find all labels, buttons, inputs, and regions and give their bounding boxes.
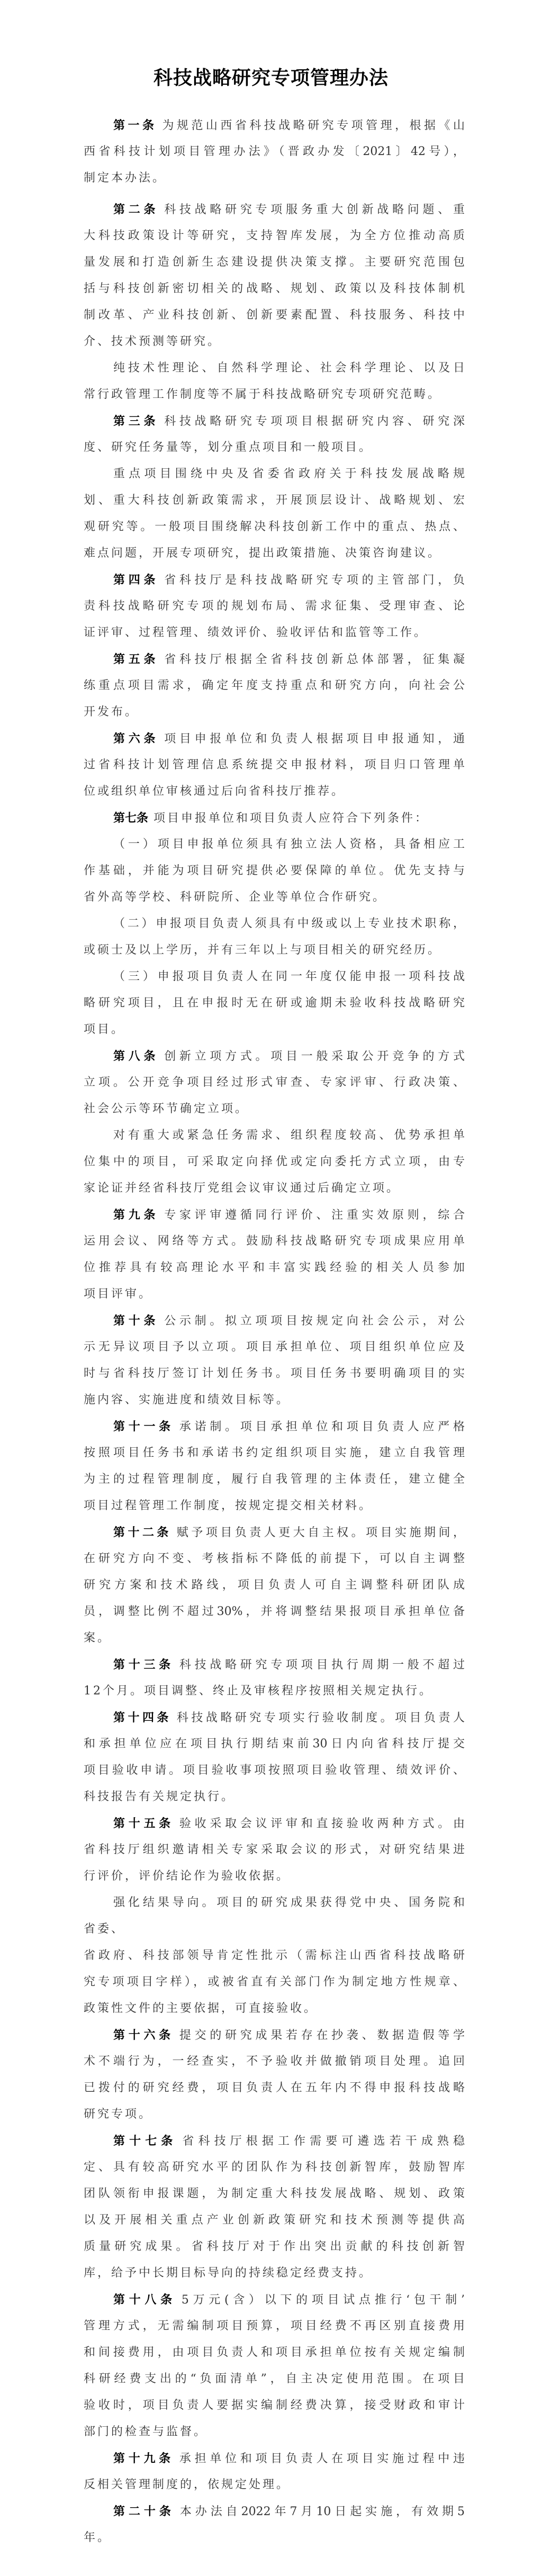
text-line: 练重点项目需求，确定年度支持重点和研究方向，向社会公: [84, 673, 465, 699]
text-line: 第十四条科技战略研究专项实行验收制度。项目负责人: [84, 1704, 465, 1731]
line-text: 项目申报单位和负责人根据项目申报通知，通: [164, 732, 465, 746]
line-text: 省科技厅组织邀请相关专家采取会议的形式，对研究结果进: [84, 1843, 465, 1856]
text-line: 运用会议、网络等方式。鼓励科技战略研究专项成果应用单: [84, 1228, 465, 1255]
line-text: 承担单位和项目负责人在项目实施过程中违: [179, 2452, 465, 2465]
line-text: 作基础，并能为项目研究提供必要保障的单位。优先支持与: [84, 864, 465, 877]
text-line: （一）项目申报单位须具有独立法人资格，具备相应工: [84, 831, 465, 858]
line-text: 科技报告有关规定执行。: [84, 1790, 235, 1803]
line-text: （二）申报项目负责人须具有中级或以上专业技术职称，: [113, 917, 465, 930]
text-line: 划、重大科技创新政策需求，开展顶层设计、战略规划、宏: [84, 487, 465, 514]
text-line: 第三条科技战略研究专项项目根据研究内容、研究深: [84, 408, 465, 434]
article-paragraph: 第二条科技战略研究专项服务重大创新战略问题、重大科技政策设计等研究，支持智库发展…: [84, 196, 465, 355]
line-text: 施内容、实施进度和绩效目标等。: [84, 1393, 290, 1407]
line-text: 大科技政策设计等研究，支持智库发展，为全方位推动高质: [84, 229, 465, 242]
text-line: 纯技术性理论、自然科学理论、社会科学理论、以及日: [84, 355, 465, 382]
line-text: （一）项目申报单位须具有独立法人资格，具备相应工: [113, 838, 465, 851]
text-line: 第一条为规范山西省科技战略研究专项管理，根据《山: [84, 112, 465, 139]
line-text: 或硕士及以上学历，并有三年以上与项目相关的研究经历。: [84, 944, 441, 957]
text-line: 省科技厅组织邀请相关专家采取会议的形式，对研究结果进: [84, 1837, 465, 1863]
text-line: 以及开展相关重点产业创新政策研究和技术预测等提供高: [84, 2207, 465, 2234]
paragraph: 省政府、科技部领导肯定性批示（需标注山西省科技战略研究专项项目字样），或被省直有…: [84, 1943, 465, 2022]
article-number: 第十四条: [113, 1711, 171, 1725]
text-line: 开发布。: [84, 699, 465, 725]
line-text: 制改革、产业科技创新、创新要素配置、科技服务、科技中: [84, 309, 465, 322]
text-line: 制定本办法。: [84, 165, 465, 192]
text-line: 科研经费支出的“负面清单”，自主决定使用范围。在项目: [84, 2366, 465, 2392]
line-text: 省委、: [84, 1922, 125, 1936]
text-line: 行评价，评价结论作为验收依据。: [84, 1863, 465, 1890]
text-line: 第十二条赋予项目负责人更大自主权。项目实施期间，: [84, 1519, 465, 1546]
line-text: 承诺制。项目承担单位和项目负责人应严格: [179, 1420, 465, 1434]
line-text: 介、技术预测等研究。: [84, 335, 221, 348]
text-line: 第八条创新立项方式。项目一般采取公开竞争的方式: [84, 1043, 465, 1069]
line-text: 量发展和打造创新生态建设提供决策支撑。主要研究范围包: [84, 256, 465, 269]
text-line: 略研究项目，且在申报时无在研或逾期未验收科技战略研究: [84, 990, 465, 1017]
text-line: 时与省科技厅签订计划任务书。项目任务书要明确项目的实: [84, 1360, 465, 1387]
line-text: 质量研究成果。省科技厅对于作出突出贡献的科技创新智: [84, 2240, 465, 2253]
text-line: 观研究等。一般项目围绕解决科技创新工作中的重点、热点、: [84, 514, 465, 540]
text-line: 政策性文件的主要依据，可直接验收。: [84, 1996, 465, 2022]
line-text: 项目评审。: [84, 1287, 152, 1301]
article-number: 第二条: [113, 203, 159, 216]
text-line: 在研究方向不变、考核指标不降低的前提下，可以自主调整: [84, 1546, 465, 1572]
line-text: 示无异议项目予以立项。项目承担单位、项目组织单位应及: [84, 1340, 465, 1354]
text-line: 施内容、实施进度和绩效目标等。: [84, 1387, 465, 1413]
article-paragraph: 第十二条赋予项目负责人更大自主权。项目实施期间，在研究方向不变、考核指标不降低的…: [84, 1519, 465, 1652]
line-text: 省科技厅根据工作需要可遴选若干成熟稳: [182, 2135, 465, 2148]
text-line: 位推荐具有较高理论水平和丰富实践经验的相关人员参加: [84, 1255, 465, 1281]
text-line: 对有重大或紧急任务需求、组织程度较高、优势承担单: [84, 1122, 465, 1149]
article-paragraph: 第八条创新立项方式。项目一般采取公开竞争的方式立项。公开竞争项目经过形式审查、专…: [84, 1043, 465, 1122]
line-text: 研究专项。: [84, 2108, 152, 2121]
text-line: 第十条公示制。拟立项项目按规定向社会公示，对公: [84, 1308, 465, 1334]
text-line: 案。: [84, 1625, 465, 1652]
article-paragraph: 第三条科技战略研究专项项目根据研究内容、研究深度、研究任务量等，划分重点项目和一…: [84, 408, 465, 461]
text-line: 第十八条5万元(含）以下的项目试点推行‘包干制’: [84, 2287, 465, 2313]
line-text: 反相关管理制度的，依规定处理。: [84, 2478, 290, 2491]
line-text: 定、具有较高研究水平的团队作为科技创新智库，鼓励智库: [84, 2161, 465, 2174]
text-line: 究专项项目字样），或被省直有关部门作为制定地方性规章、: [84, 1969, 465, 1996]
text-line: 常行政管理工作制度等不属于科技战略研究专项研究范畴。: [84, 382, 465, 408]
text-line: 术不端行为，一经查实，不予验收并做撤销项目处理。追回: [84, 2048, 465, 2075]
line-text: 省科技厅根据全省科技创新总体部署，征集凝: [164, 653, 465, 666]
paragraph: 强化结果导向。项目的研究成果获得党中央、国务院和省委、: [84, 1890, 465, 1943]
article-paragraph: 第七条项目申报单位和项目负责人应符合下列条件：: [84, 805, 465, 831]
text-line: 西省科技计划项目管理办法》（晋政办发〔2021〕42号），: [84, 139, 465, 165]
line-text: 难点问题，开展专项研究，提出政策措施、决策咨询建议。: [84, 547, 441, 560]
line-text: 家论证并经省科技厅党组会议审议通过后确定立项。: [84, 1182, 400, 1195]
text-line: 第五条省科技厅根据全省科技创新总体部署，征集凝: [84, 646, 465, 673]
text-line: 省外高等学校、科研院所、企业等单位合作研究。: [84, 884, 465, 911]
line-text: 运用会议、网络等方式。鼓励科技战略研究专项成果应用单: [84, 1235, 465, 1248]
line-text: 责科技战略研究专项的规划布局、需求征集、受理审查、论: [84, 600, 465, 613]
line-text: 科研经费支出的“负面清单”，自主决定使用范围。在项目: [84, 2372, 465, 2385]
line-text: 重点项目围绕中央及省委省政府关于科技发展战略规: [113, 467, 465, 480]
article-number: 第十条: [113, 1314, 159, 1328]
text-line: 第七条项目申报单位和项目负责人应符合下列条件：: [84, 805, 465, 831]
text-line: 质量研究成果。省科技厅对于作出突出贡献的科技创新智: [84, 2234, 465, 2260]
article-paragraph: 第十四条科技战略研究专项实行验收制度。项目负责人和承担单位应在项目执行期结束前3…: [84, 1704, 465, 1810]
article-number: 第十八条: [113, 2293, 176, 2307]
line-text: 过省科技计划管理信息系统提交申报材料，项目归口管理单: [84, 758, 465, 772]
line-text: 行评价，评价结论作为验收依据。: [84, 1870, 290, 1883]
article-paragraph: 第十三条科技战略研究专项项目执行周期一般不超过12个月。项目调整、终止及审核程序…: [84, 1652, 465, 1704]
text-line: 员，调整比例不超过30%，并将调整结果报项目承担单位备: [84, 1599, 465, 1625]
article-paragraph: 第十六条提交的研究成果若存在抄袭、数据造假等学术不端行为，一经查实，不予验收并做…: [84, 2022, 465, 2128]
text-line: 第十五条验收采取会议评审和直接验收两种方式。由: [84, 1810, 465, 1837]
line-text: 科技战略研究专项项目执行周期一般不超过: [179, 1658, 465, 1672]
text-line: 研究方案和技术路线，项目负责人可自主调整科研团队成: [84, 1572, 465, 1599]
text-line: 制改革、产业科技创新、创新要素配置、科技服务、科技中: [84, 302, 465, 329]
line-text: 按照项目任务书和承诺书约定组织项目实施，建立自我管理: [84, 1446, 465, 1459]
article-number: 第八条: [113, 1049, 159, 1063]
line-text: 练重点项目需求，确定年度支持重点和研究方向，向社会公: [84, 679, 465, 692]
text-line: 介、技术预测等研究。: [84, 329, 465, 355]
line-text: 时与省科技厅签订计划任务书。项目任务书要明确项目的实: [84, 1367, 465, 1380]
line-text: 创新立项方式。项目一般采取公开竞争的方式: [164, 1050, 465, 1063]
text-line: 立项。公开竞争项目经过形式审查、专家评审、行政决策、: [84, 1069, 465, 1096]
article-number: 第四条: [113, 573, 159, 587]
paragraph: （三）申报项目负责人在同一年度仅能申报一项科技战略研究项目，且在申报时无在研或逾…: [84, 964, 465, 1043]
line-text: 验收时，项目负责人要据实编制经费决算，接受财政和审计: [84, 2399, 465, 2412]
article-paragraph: 第十条公示制。拟立项项目按规定向社会公示，对公示无异议项目予以立项。项目承担单位…: [84, 1308, 465, 1413]
article-number: 第六条: [113, 732, 159, 746]
text-line: 第十七条省科技厅根据工作需要可遴选若干成熟稳: [84, 2128, 465, 2154]
text-line: 第四条省科技厅是科技战略研究专项的主管部门，负: [84, 567, 465, 593]
text-line: 证评审、过程管理、绩效评价、验收评估和监管等工作。: [84, 620, 465, 646]
article-paragraph: 第十一条承诺制。项目承担单位和项目负责人应严格按照项目任务书和承诺书约定组织项目…: [84, 1413, 465, 1519]
article-number: 第十六条: [113, 2028, 174, 2042]
article-paragraph: 第五条省科技厅根据全省科技创新总体部署，征集凝练重点项目需求，确定年度支持重点和…: [84, 646, 465, 725]
line-text: 省外高等学校、科研院所、企业等单位合作研究。: [84, 891, 386, 904]
line-text: 赋予项目负责人更大自主权。项目实施期间，: [177, 1526, 465, 1539]
line-text: 和承担单位应在项目执行期结束前30日内向省科技厅提交: [84, 1737, 465, 1750]
line-text: 省政府、科技部领导肯定性批示（需标注山西省科技战略研: [84, 1949, 465, 1962]
line-text: 证评审、过程管理、绩效评价、验收评估和监管等工作。: [84, 626, 428, 639]
text-line: 第十六条提交的研究成果若存在抄袭、数据造假等学: [84, 2022, 465, 2048]
line-text: 科技战略研究专项实行验收制度。项目负责人: [177, 1711, 465, 1725]
line-text: 项目申报单位和项目负责人应符合下列条件：: [153, 812, 429, 825]
text-line: 项目。: [84, 1017, 465, 1043]
article-number: 第五条: [113, 652, 159, 666]
article-number: 第一条: [113, 119, 157, 132]
line-text: 科技战略研究专项服务重大创新战略问题、重: [164, 203, 465, 216]
line-text: 括与科技创新密切相关的战略、规划、政策以及科技体制机: [84, 282, 465, 295]
article-paragraph: 第十九条承担单位和项目负责人在项目实施过程中违反相关管理制度的，依规定处理。: [84, 2445, 465, 2498]
line-text: 位集中的项目，可采取定向择优或定向委托方式立项，由专: [84, 1155, 465, 1168]
text-line: 按照项目任务书和承诺书约定组织项目实施，建立自我管理: [84, 1440, 465, 1466]
line-text: 管理方式，无需编制项目预算，项目经费不再区别直接费用: [84, 2319, 465, 2333]
article-number: 第十七条: [113, 2134, 177, 2148]
line-text: 员，调整比例不超过30%，并将调整结果报项目承担单位备: [84, 1605, 465, 1618]
line-text: 5万元(含）以下的项目试点推行‘包干制’: [182, 2293, 465, 2307]
text-line: 括与科技创新密切相关的战略、规划、政策以及科技体制机: [84, 276, 465, 302]
text-line: 第二条科技战略研究专项服务重大创新战略问题、重: [84, 196, 465, 223]
text-line: 第十一条承诺制。项目承担单位和项目负责人应严格: [84, 1413, 465, 1440]
article-paragraph: 第六条项目申报单位和负责人根据项目申报通知，通过省科技计划管理信息系统提交申报材…: [84, 725, 465, 805]
text-line: 重点项目围绕中央及省委省政府关于科技发展战略规: [84, 461, 465, 487]
line-text: 常行政管理工作制度等不属于科技战略研究专项研究范畴。: [84, 388, 441, 401]
text-line: 和承担单位应在项目执行期结束前30日内向省科技厅提交: [84, 1731, 465, 1757]
text-line: 位集中的项目，可采取定向择优或定向委托方式立项，由专: [84, 1149, 465, 1175]
line-text: 12个月。项目调整、终止及审核程序按照相关规定执行。: [84, 1684, 433, 1698]
line-text: 项目过程管理工作制度，按规定提交相关材料。: [84, 1499, 373, 1512]
line-text: 项目验收申请。项目验收事项按照项目验收管理、绩效评价、: [84, 1764, 465, 1777]
paragraph: 纯技术性理论、自然科学理论、社会科学理论、以及日常行政管理工作制度等不属于科技战…: [84, 355, 465, 408]
line-text: 为规范山西省科技战略研究专项管理，根据《山: [162, 119, 465, 132]
line-text: （三）申报项目负责人在同一年度仅能申报一项科技战: [113, 970, 465, 983]
line-text: 究专项项目字样），或被省直有关部门作为制定地方性规章、: [84, 1975, 465, 1989]
text-line: 第九条专家评审遵循同行评价、注重实效原则，综合: [84, 1202, 465, 1228]
article-paragraph: 第九条专家评审遵循同行评价、注重实效原则，综合运用会议、网络等方式。鼓励科技战略…: [84, 1202, 465, 1308]
line-text: 库，给予中长期目标导向的持续稳定经费支持。: [84, 2266, 373, 2280]
text-line: 定、具有较高研究水平的团队作为科技创新智库，鼓励智库: [84, 2154, 465, 2181]
line-text: 观研究等。一般项目围绕解决科技创新工作中的重点、热点、: [84, 520, 465, 533]
text-line: 部门的检查与监督。: [84, 2419, 465, 2445]
paragraph: 重点项目围绕中央及省委省政府关于科技发展战略规划、重大科技创新政策需求，开展顶层…: [84, 461, 465, 567]
line-text: 公示制。拟立项项目按规定向社会公示，对公: [164, 1314, 465, 1328]
line-text: 位推荐具有较高理论水平和丰富实践经验的相关人员参加: [84, 1261, 465, 1274]
text-line: 位或组织单位审核通过后向省科技厅推荐。: [84, 778, 465, 805]
line-text: 省科技厅是科技战略研究专项的主管部门，负: [164, 574, 465, 587]
line-text: 科技战略研究专项项目根据研究内容、研究深: [164, 415, 465, 428]
line-text: 社会公示等环节确定立项。: [84, 1102, 249, 1115]
text-line: 度、研究任务量等，划分重点项目和一般项目。: [84, 434, 465, 461]
text-line: 反相关管理制度的，依规定处理。: [84, 2472, 465, 2498]
text-line: 责科技战略研究专项的规划布局、需求征集、受理审查、论: [84, 593, 465, 620]
line-text: 政策性文件的主要依据，可直接验收。: [84, 2002, 318, 2015]
text-line: 12个月。项目调整、终止及审核程序按照相关规定执行。: [84, 1678, 465, 1704]
text-line: 社会公示等环节确定立项。: [84, 1096, 465, 1122]
text-line: 第十三条科技战略研究专项项目执行周期一般不超过: [84, 1652, 465, 1678]
text-line: （三）申报项目负责人在同一年度仅能申报一项科技战: [84, 964, 465, 990]
text-line: 大科技政策设计等研究，支持智库发展，为全方位推动高质: [84, 223, 465, 249]
line-text: 和间接费用，由项目负责人和项目承担单位按有关规定编制: [84, 2346, 465, 2359]
article-paragraph: 第十七条省科技厅根据工作需要可遴选若干成熟稳定、具有较高研究水平的团队作为科技创…: [84, 2128, 465, 2287]
article-paragraph: 第四条省科技厅是科技战略研究专项的主管部门，负责科技战略研究专项的规划布局、需求…: [84, 567, 465, 646]
text-line: 已拨付的研究经费，项目负责人在五年内不得申报科技战略: [84, 2075, 465, 2101]
line-text: 专家评审遵循同行评价、注重实效原则，综合: [164, 1209, 465, 1222]
line-text: 已拨付的研究经费，项目负责人在五年内不得申报科技战略: [84, 2081, 465, 2094]
article-paragraph: 第一条为规范山西省科技战略研究专项管理，根据《山西省科技计划项目管理办法》（晋政…: [84, 112, 465, 192]
text-line: 研究专项。: [84, 2101, 465, 2128]
line-text: 以及开展相关重点产业创新政策研究和技术预测等提供高: [84, 2214, 465, 2227]
text-line: 作基础，并能为项目研究提供必要保障的单位。优先支持与: [84, 858, 465, 884]
text-line: 省政府、科技部领导肯定性批示（需标注山西省科技战略研: [84, 1943, 465, 1969]
line-text: 开发布。: [84, 705, 139, 719]
article-number: 第三条: [113, 414, 159, 428]
text-line: 过省科技计划管理信息系统提交申报材料，项目归口管理单: [84, 752, 465, 778]
article-number: 第二十条: [113, 2505, 175, 2518]
line-text: 制定本办法。: [84, 171, 166, 185]
line-text: 位或组织单位审核通过后向省科技厅推荐。: [84, 785, 345, 798]
text-line: 验收时，项目负责人要据实编制经费决算，接受财政和审计: [84, 2392, 465, 2419]
article-paragraph: 第十五条验收采取会议评审和直接验收两种方式。由省科技厅组织邀请相关专家采取会议的…: [84, 1810, 465, 1890]
article-number: 第十三条: [113, 1658, 174, 1672]
article-number: 第七条: [113, 811, 148, 825]
paragraph: （二）申报项目负责人须具有中级或以上专业技术职称，或硕士及以上学历，并有三年以上…: [84, 911, 465, 964]
text-line: 家论证并经省科技厅党组会议审议通过后确定立项。: [84, 1175, 465, 1202]
line-text: 项目。: [84, 1023, 125, 1036]
text-line: 省委、: [84, 1916, 465, 1943]
article-paragraph: 第二十条本办法自2022年7月10日起实施，有效期5年。: [84, 2498, 465, 2551]
line-text: 案。: [84, 1631, 111, 1645]
text-line: 强化结果导向。项目的研究成果获得党中央、国务院和: [84, 1890, 465, 1916]
text-line: 示无异议项目予以立项。项目承担单位、项目组织单位应及: [84, 1334, 465, 1360]
text-line: 年。: [84, 2525, 465, 2551]
text-line: 第二十条本办法自2022年7月10日起实施，有效期5: [84, 2498, 465, 2525]
text-line: 第十九条承担单位和项目负责人在项目实施过程中违: [84, 2445, 465, 2472]
text-line: 或硕士及以上学历，并有三年以上与项目相关的研究经历。: [84, 937, 465, 964]
line-text: 对有重大或紧急任务需求、组织程度较高、优势承担单: [113, 1129, 465, 1142]
line-text: 团队领衔申报课题，为制定重大科技发展战略、规划、政策: [84, 2187, 465, 2200]
text-line: 项目验收申请。项目验收事项按照项目验收管理、绩效评价、: [84, 1757, 465, 1784]
text-line: 量发展和打造创新生态建设提供决策支撑。主要研究范围包: [84, 249, 465, 276]
line-text: 在研究方向不变、考核指标不降低的前提下，可以自主调整: [84, 1552, 465, 1565]
line-text: 划、重大科技创新政策需求，开展顶层设计、战略规划、宏: [84, 494, 465, 507]
line-text: 本办法自2022年7月10日起实施，有效期5: [180, 2505, 465, 2518]
text-line: 项目过程管理工作制度，按规定提交相关材料。: [84, 1493, 465, 1519]
line-text: 西省科技计划项目管理办法》（晋政办发〔2021〕42号），: [84, 145, 465, 158]
line-text: 年。: [84, 2531, 111, 2544]
text-line: 和间接费用，由项目负责人和项目承担单位按有关规定编制: [84, 2339, 465, 2366]
text-line: 管理方式，无需编制项目预算，项目经费不再区别直接费用: [84, 2313, 465, 2339]
text-line: 第六条项目申报单位和负责人根据项目申报通知，通: [84, 725, 465, 752]
line-text: 强化结果导向。项目的研究成果获得党中央、国务院和: [113, 1896, 465, 1909]
text-line: 库，给予中长期目标导向的持续稳定经费支持。: [84, 2260, 465, 2287]
article-number: 第十一条: [113, 1420, 174, 1434]
line-text: 略研究项目，且在申报时无在研或逾期未验收科技战略研究: [84, 996, 465, 1010]
line-text: 验收采取会议评审和直接验收两种方式。由: [179, 1817, 465, 1830]
line-text: 部门的检查与监督。: [84, 2425, 207, 2438]
text-line: 科技报告有关规定执行。: [84, 1784, 465, 1810]
line-text: 研究方案和技术路线，项目负责人可自主调整科研团队成: [84, 1579, 465, 1592]
text-line: 团队领衔申报课题，为制定重大科技发展战略、规划、政策: [84, 2181, 465, 2207]
document-body: 第一条为规范山西省科技战略研究专项管理，根据《山西省科技计划项目管理办法》（晋政…: [84, 112, 465, 2551]
document-title: 科技战略研究专项管理办法: [0, 65, 542, 91]
line-text: 纯技术性理论、自然科学理论、社会科学理论、以及日: [113, 361, 465, 375]
article-number: 第十二条: [113, 1526, 171, 1539]
text-line: 难点问题，开展专项研究，提出政策措施、决策咨询建议。: [84, 540, 465, 567]
line-text: 术不端行为，一经查实，不予验收并做撤销项目处理。追回: [84, 2055, 465, 2068]
paragraph: 对有重大或紧急任务需求、组织程度较高、优势承担单位集中的项目，可采取定向择优或定…: [84, 1122, 465, 1202]
paragraph: （一）项目申报单位须具有独立法人资格，具备相应工作基础，并能为项目研究提供必要保…: [84, 831, 465, 911]
line-text: 度、研究任务量等，划分重点项目和一般项目。: [84, 441, 373, 454]
article-number: 第十五条: [113, 1817, 174, 1830]
text-line: 项目评审。: [84, 1281, 465, 1308]
line-text: 立项。公开竞争项目经过形式审查、专家评审、行政决策、: [84, 1076, 465, 1089]
line-text: 为主的过程管理制度，履行自我管理的主体责任，建立健全: [84, 1473, 465, 1486]
text-line: 为主的过程管理制度，履行自我管理的主体责任，建立健全: [84, 1466, 465, 1493]
article-number: 第十九条: [113, 2452, 174, 2465]
line-text: 提交的研究成果若存在抄袭、数据造假等学: [179, 2029, 465, 2042]
article-paragraph: 第十八条5万元(含）以下的项目试点推行‘包干制’管理方式，无需编制项目预算，项目…: [84, 2287, 465, 2445]
text-line: （二）申报项目负责人须具有中级或以上专业技术职称，: [84, 911, 465, 937]
article-number: 第九条: [113, 1208, 159, 1222]
